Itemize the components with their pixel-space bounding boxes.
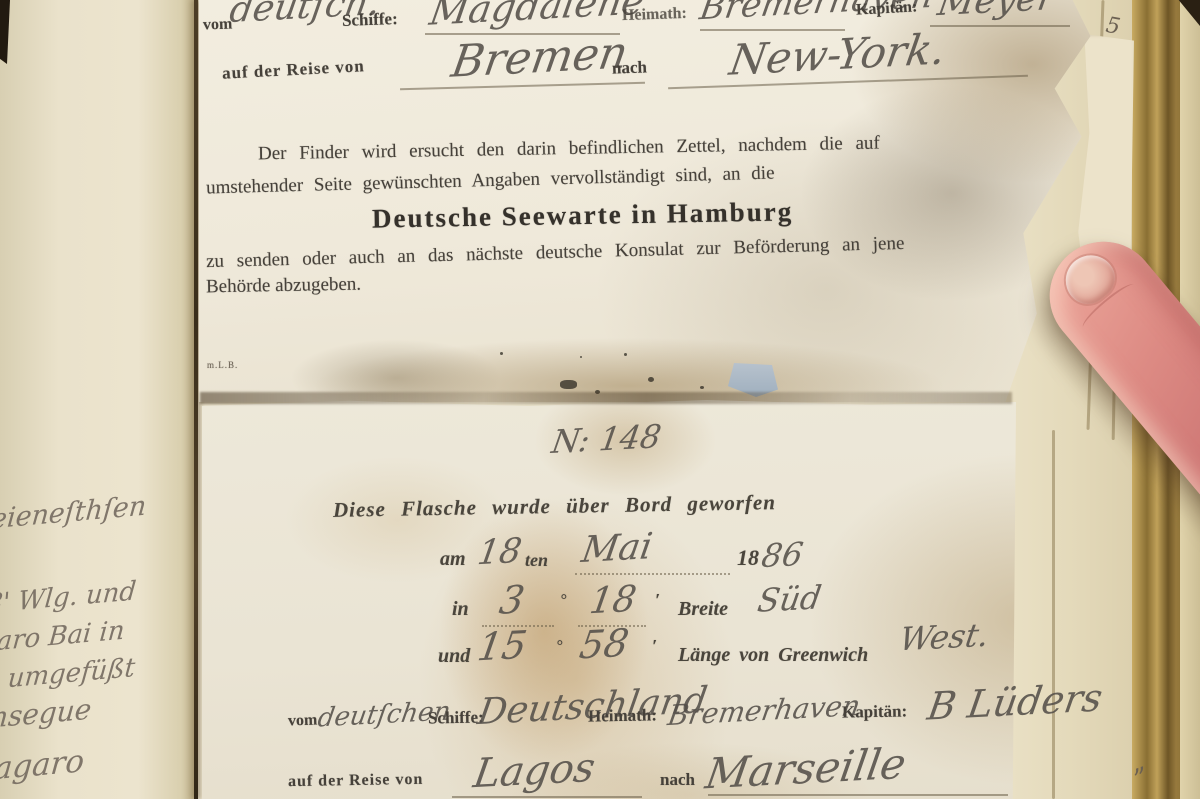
form-label-route: auf der Reise von bbox=[288, 771, 424, 791]
degree-symbol: ° bbox=[560, 592, 566, 610]
form-label-und: und bbox=[438, 645, 470, 668]
form-label-nach: nach bbox=[660, 770, 695, 790]
mold-speckle bbox=[624, 353, 627, 356]
handwritten-day: 18 bbox=[475, 531, 525, 574]
page-edge-line bbox=[1052, 430, 1055, 799]
printed-year-prefix: 18 bbox=[737, 545, 759, 571]
page-spine-edge bbox=[194, 0, 198, 799]
form-label-breite: Breite bbox=[678, 598, 728, 621]
body-text-line: Behörde abzugeben. bbox=[206, 274, 361, 299]
form-label-heimath: Heimath: bbox=[622, 5, 687, 25]
form-label-heimath: Heimath: bbox=[588, 705, 657, 726]
mold-speckle bbox=[580, 356, 582, 358]
form-label-vom: vom bbox=[288, 711, 318, 730]
handwritten-bottle-number: N: 148 bbox=[549, 417, 664, 461]
form-label-am: am bbox=[440, 548, 466, 571]
minute-symbol: ′ bbox=[652, 636, 657, 657]
handwritten-month: Mai bbox=[579, 526, 655, 571]
handwritten-year-suffix: 86 bbox=[759, 535, 806, 576]
mold-speckle bbox=[500, 352, 503, 355]
handwritten-lat-direction: Süd bbox=[755, 578, 824, 620]
form-label-schiffe: Schiffe: bbox=[342, 9, 398, 31]
form-label-kapitaen: Kapitän: bbox=[856, 0, 918, 20]
handwritten-lon-degrees: 15 bbox=[475, 623, 530, 670]
mold-speckle bbox=[648, 377, 654, 382]
minute-symbol: ′ bbox=[655, 590, 660, 611]
blank-underline bbox=[575, 572, 730, 575]
photo-logbook-bottle-message: 5 „ reieneſthſen 8' Wlg. und garo Bai in… bbox=[0, 0, 1200, 799]
mold-speckle bbox=[700, 386, 704, 389]
handwritten-departure: Bremen bbox=[448, 27, 631, 88]
handwritten-departure: Lagos bbox=[470, 745, 598, 798]
form-label-laenge: Länge von Greenwich bbox=[678, 644, 868, 667]
handwritten-lon-minutes: 58 bbox=[577, 621, 632, 668]
degree-symbol: ° bbox=[556, 638, 562, 656]
torn-edge-shadow bbox=[200, 392, 1012, 404]
mold-speckle bbox=[560, 380, 577, 389]
form-label-in: in bbox=[452, 598, 469, 621]
form-label-ten: ten bbox=[525, 550, 548, 571]
handwritten-lat-minutes: 18 bbox=[587, 579, 639, 623]
form-footnote: m.L.B. bbox=[207, 360, 238, 370]
form-label-kapitaen: Kapitän: bbox=[842, 701, 908, 722]
handwritten-lon-direction: West. bbox=[897, 615, 992, 658]
blank-underline bbox=[930, 24, 1070, 27]
form-label-nach: nach bbox=[612, 57, 648, 78]
